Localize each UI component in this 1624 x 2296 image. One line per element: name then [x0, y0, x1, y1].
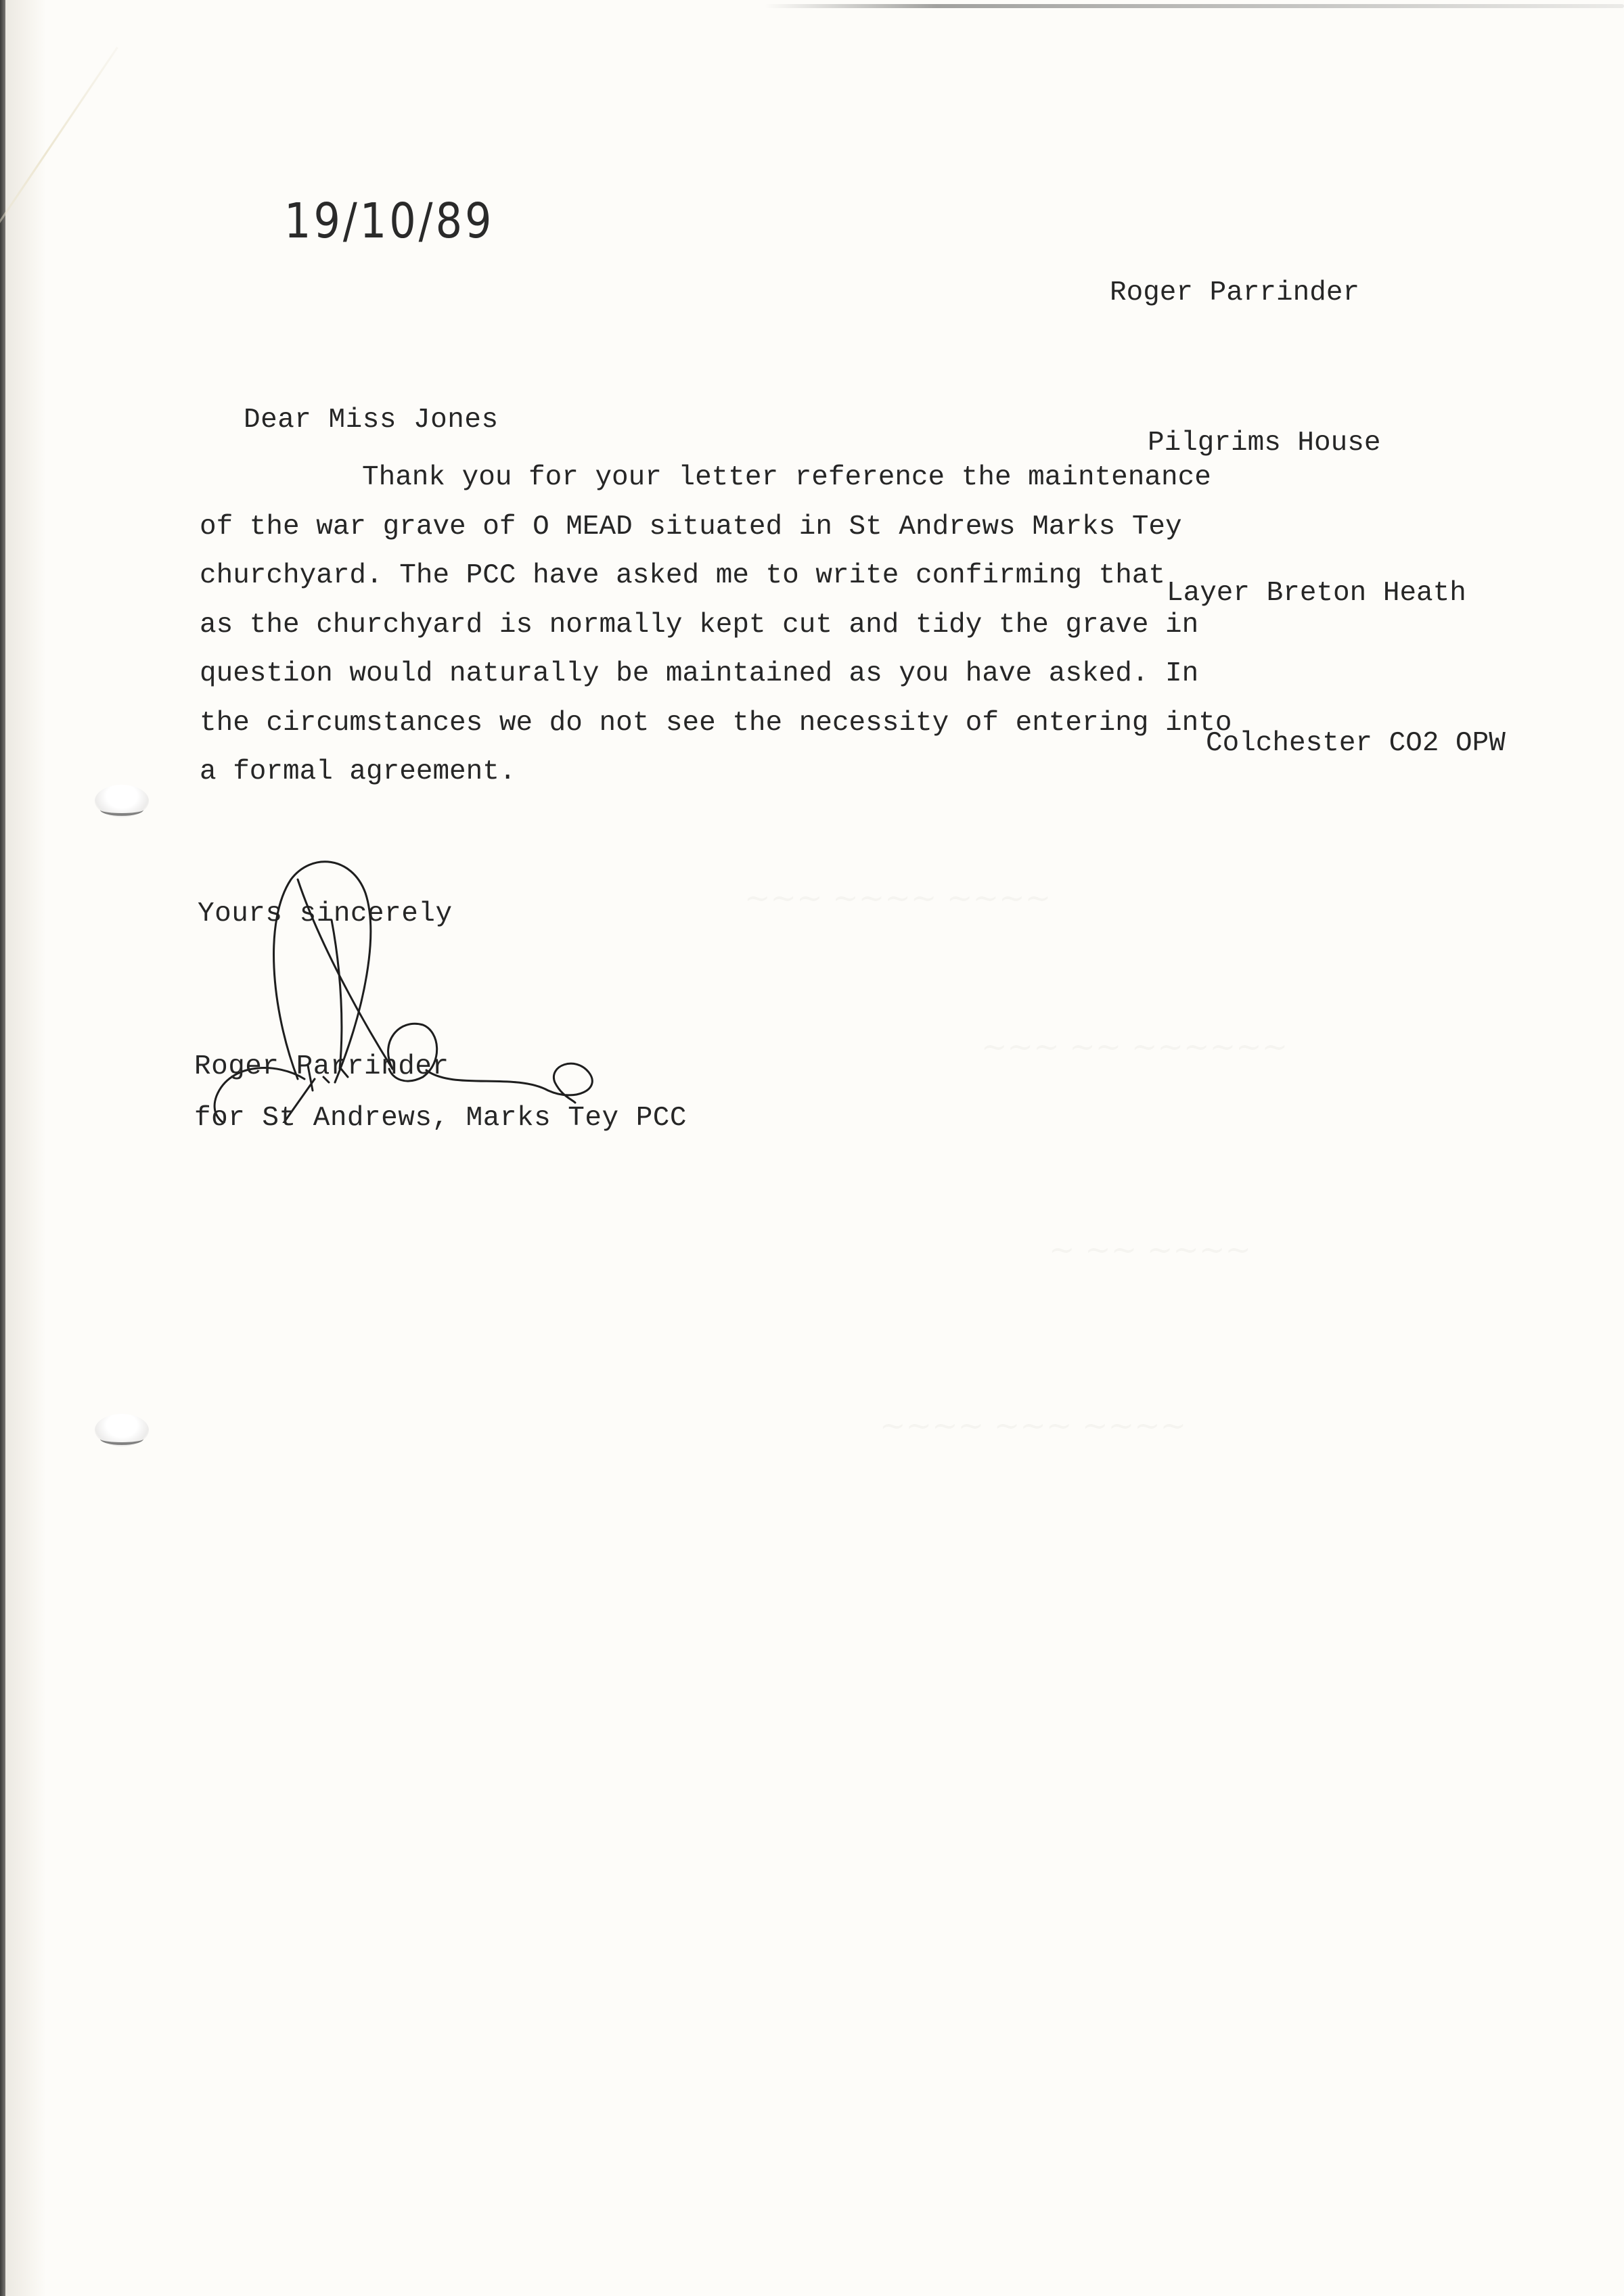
signatory-role: for St Andrews, Marks Tey PCC — [194, 1103, 687, 1134]
letter-body: Thank you for your letter reference the … — [200, 453, 1232, 797]
signatory-name: Roger Parrinder — [194, 1051, 449, 1082]
punch-hole-icon — [95, 785, 149, 817]
closing: Yours sincerely — [198, 898, 453, 929]
address-line: Roger Parrinder — [1110, 268, 1506, 318]
body-line: Thank you for your letter reference the … — [200, 453, 1232, 503]
show-through-mark: ~~~ ~~~~ ~~~~ — [744, 879, 1051, 916]
body-line: a formal agreement. — [200, 748, 1232, 797]
scanner-edge — [0, 0, 5, 2296]
binder-shadow — [5, 0, 46, 2296]
show-through-mark: ~~~~ ~~~ ~~~~ — [880, 1407, 1186, 1444]
top-edge-shadow — [765, 4, 1624, 8]
show-through-mark: ~ ~~ ~~~~ — [1049, 1231, 1251, 1268]
salutation: Dear Miss Jones — [244, 405, 499, 436]
body-line: the circumstances we do not see the nece… — [200, 699, 1232, 748]
body-line: as the churchyard is normally kept cut a… — [200, 601, 1232, 650]
handwritten-date: 19/10/89 — [284, 193, 494, 250]
punch-hole-icon — [95, 1414, 149, 1446]
body-line: churchyard. The PCC have asked me to wri… — [200, 551, 1232, 601]
show-through-mark: ~~~ ~~ ~~~~~~ — [981, 1028, 1288, 1065]
body-line: question would naturally be maintained a… — [200, 649, 1232, 699]
body-line: of the war grave of O MEAD situated in S… — [200, 503, 1232, 552]
